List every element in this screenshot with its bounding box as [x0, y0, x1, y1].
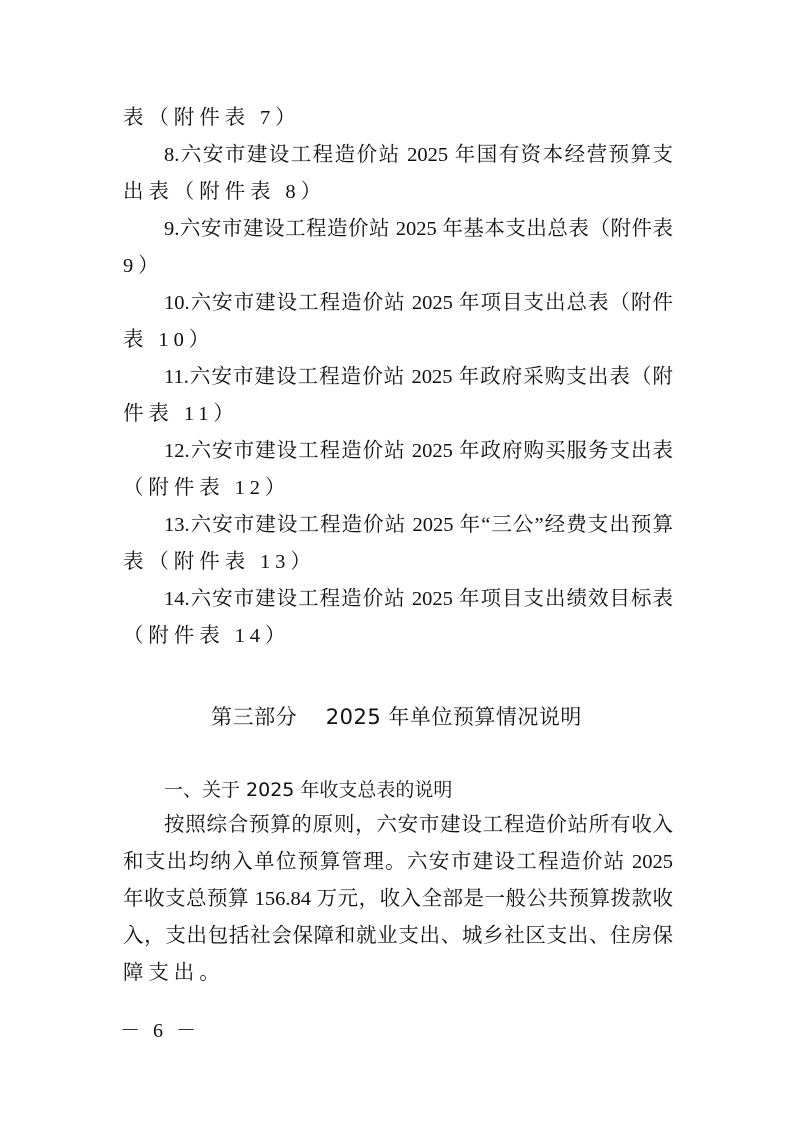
list-line: 件表 11）	[123, 396, 673, 433]
section-heading: 第三部分 2025 年单位预算情况说明	[0, 700, 793, 734]
paragraph-line: 年收支总预算 156.84 万元，收入全部是一般公共预算拨款收	[123, 881, 673, 918]
list-line: （附件表 12）	[123, 470, 673, 507]
paragraph-line: 障支出。	[123, 955, 673, 992]
list-item: 12.六安市建设工程造价站 2025 年政府购买服务支出表	[123, 433, 673, 470]
list-item: 10.六安市建设工程造价站 2025 年项目支出总表（附件	[123, 285, 673, 322]
section-paragraph: 按照综合预算的原则，六安市建设工程造价站所有收入 和支出均纳入单位预算管理。六安…	[123, 807, 673, 992]
list-item: 9.六安市建设工程造价站 2025 年基本支出总表（附件表	[123, 211, 673, 248]
list-item: 13.六安市建设工程造价站 2025 年“三公”经费支出预算	[123, 507, 673, 544]
page-number: － 6 －	[120, 1016, 200, 1046]
list-item: 11.六安市建设工程造价站 2025 年政府采购支出表（附	[123, 359, 673, 396]
list-line: 表（附件表 13）	[123, 544, 673, 581]
list-line: （附件表 14）	[123, 618, 673, 655]
list-item: 14.六安市建设工程造价站 2025 年项目支出绩效目标表	[123, 581, 673, 618]
paragraph-line: 入，支出包括社会保障和就业支出、城乡社区支出、住房保	[123, 918, 673, 955]
list-line: 表 10）	[123, 322, 673, 359]
paragraph-line: 按照综合预算的原则，六安市建设工程造价站所有收入	[123, 807, 673, 844]
paragraph-line: 和支出均纳入单位预算管理。六安市建设工程造价站 2025	[123, 844, 673, 881]
attachment-list: 表（附件表 7） 8.六安市建设工程造价站 2025 年国有资本经营预算支 出表…	[123, 100, 673, 655]
list-item: 8.六安市建设工程造价站 2025 年国有资本经营预算支	[123, 137, 673, 174]
list-line: 出表（附件表 8）	[123, 174, 673, 211]
list-line: 9）	[123, 248, 673, 285]
section-subheading: 一、关于 2025 年收支总表的说明	[164, 773, 452, 807]
list-line: 表（附件表 7）	[123, 100, 673, 137]
